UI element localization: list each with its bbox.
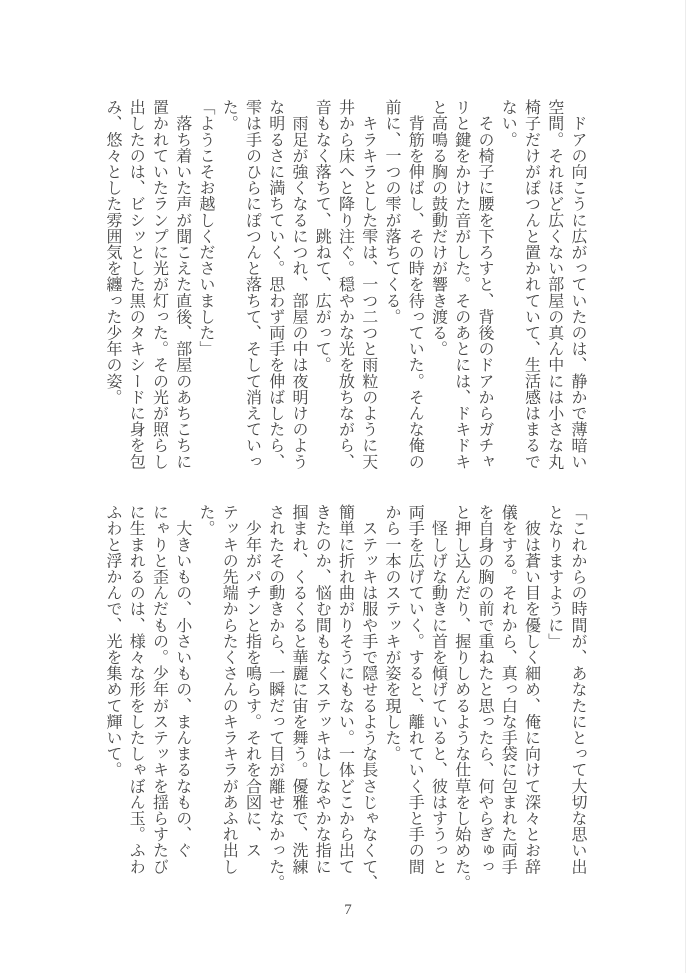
text-line: テッキの先端からたくさんのキラキラがあふれ出し [217,504,240,878]
text-line: きたのか、悩む間もなくステッキはしなやかな指に [310,504,333,878]
text-line: となりますように」 [543,504,566,878]
text-line: ふわと浮かんで、光を集めて輝いて。 [101,504,124,878]
text-line: ステッキは服や手で隠せるような長さじゃなくて、 [357,504,380,878]
text-line: た。 [217,99,240,473]
text-line: 「これからの時間が、あなたにとって大切な思い出 [566,504,589,878]
text-line: 儀をする。それから、真っ白な手袋に包まれた両手 [496,504,519,878]
text-line: その椅子に腰を下ろすと、背後のドアからガチャ [473,99,496,473]
text-line: に生まれるのは、様々な形をしたしゃぼん玉。ふわ [124,504,147,878]
text-line: 出したのは、ビシッとした黒のタキシードに身を包 [124,99,147,473]
page-number: 7 [0,902,696,919]
text-line: されたその動きから、一瞬だって目が離せなかった。 [264,504,287,878]
page-edge-line [685,0,686,973]
text-line: 雨足が強くなるにつれ、部屋の中は夜明けのよう [287,99,310,473]
text-line: 簡単に折れ曲がりそうにもない。一体どこから出て [333,504,356,878]
text-line: 椅子だけがぽつんと置かれていて、生活感はまるで [519,99,542,473]
text-line: 背筋を伸ばし、その時を待っていた。そんな俺の [403,99,426,473]
text-line: を自身の胸の前で重ねたと思ったら、何やらぎゅっ [473,504,496,878]
text-block-upper: ドアの向こうに広がっていたのは、静かで薄暗い空間。それほど広くない部屋の真ん中に… [101,99,589,473]
text-line: 怪しげな動きに首を傾げていると、彼はすうっと [426,504,449,878]
text-line: た。 [194,504,217,878]
text-line: 少年がパチンと指を鳴らす。それを合図に、ス [240,504,263,878]
text-block-lower: 「これからの時間が、あなたにとって大切な思い出となりますように」 彼は蒼い目を優… [101,504,589,878]
text-line: と高鳴る胸の鼓動だけが響き渡る。 [426,99,449,473]
text-line: と押し込んだり、握りしめるような仕草をし始めた。 [450,504,473,878]
text-line: 「ようこそお越しくださいました」 [194,99,217,473]
text-line: 大きいもの、小さいもの、まんまるなもの、ぐ [171,504,194,878]
text-line: リと鍵をかけた音がした。そのあとには、ドキドキ [450,99,473,473]
text-line: 前に、一つの雫が落ちてくる。 [380,99,403,473]
text-line: 彼は蒼い目を優しく細め、俺に向けて深々とお辞 [519,504,542,878]
text-line: 両手を広げていく。すると、離れていく手と手の間 [403,504,426,878]
text-line: ドアの向こうに広がっていたのは、静かで薄暗い [566,99,589,473]
text-line: ない。 [496,99,519,473]
text-line: から一本のステッキが姿を現した。 [380,504,403,878]
text-line: 音もなく落ちて、跳ねて、広がって。 [310,99,333,473]
text-line: 落ち着いた声が聞こえた直後、部屋のあちこちに [171,99,194,473]
text-line: 雫は手のひらにぽつんと落ちて、そして消えていっ [240,99,263,473]
text-line: な明るさに満ちていく。思わず両手を伸ばしたら、 [264,99,287,473]
text-line: 置かれていたランプに光が灯った。その光が照らし [147,99,170,473]
text-line: 空間。それほど広くない部屋の真ん中には小さな丸 [543,99,566,473]
text-line: キラキラとした雫は、一つ二つと雨粒のように天 [357,99,380,473]
novel-page: ドアの向こうに広がっていたのは、静かで薄暗い空間。それほど広くない部屋の真ん中に… [0,0,696,973]
text-line: 掴まれ、くるくると華麗に宙を舞う。優雅で、洗練 [287,504,310,878]
text-line: にゃりと歪んだもの。少年がステッキを揺らすたび [147,504,170,878]
text-line: 井から床へと降り注ぐ。穏やかな光を放ちながら、 [333,99,356,473]
text-line: み、悠々とした雰囲気を纏った少年の姿。 [101,99,124,473]
